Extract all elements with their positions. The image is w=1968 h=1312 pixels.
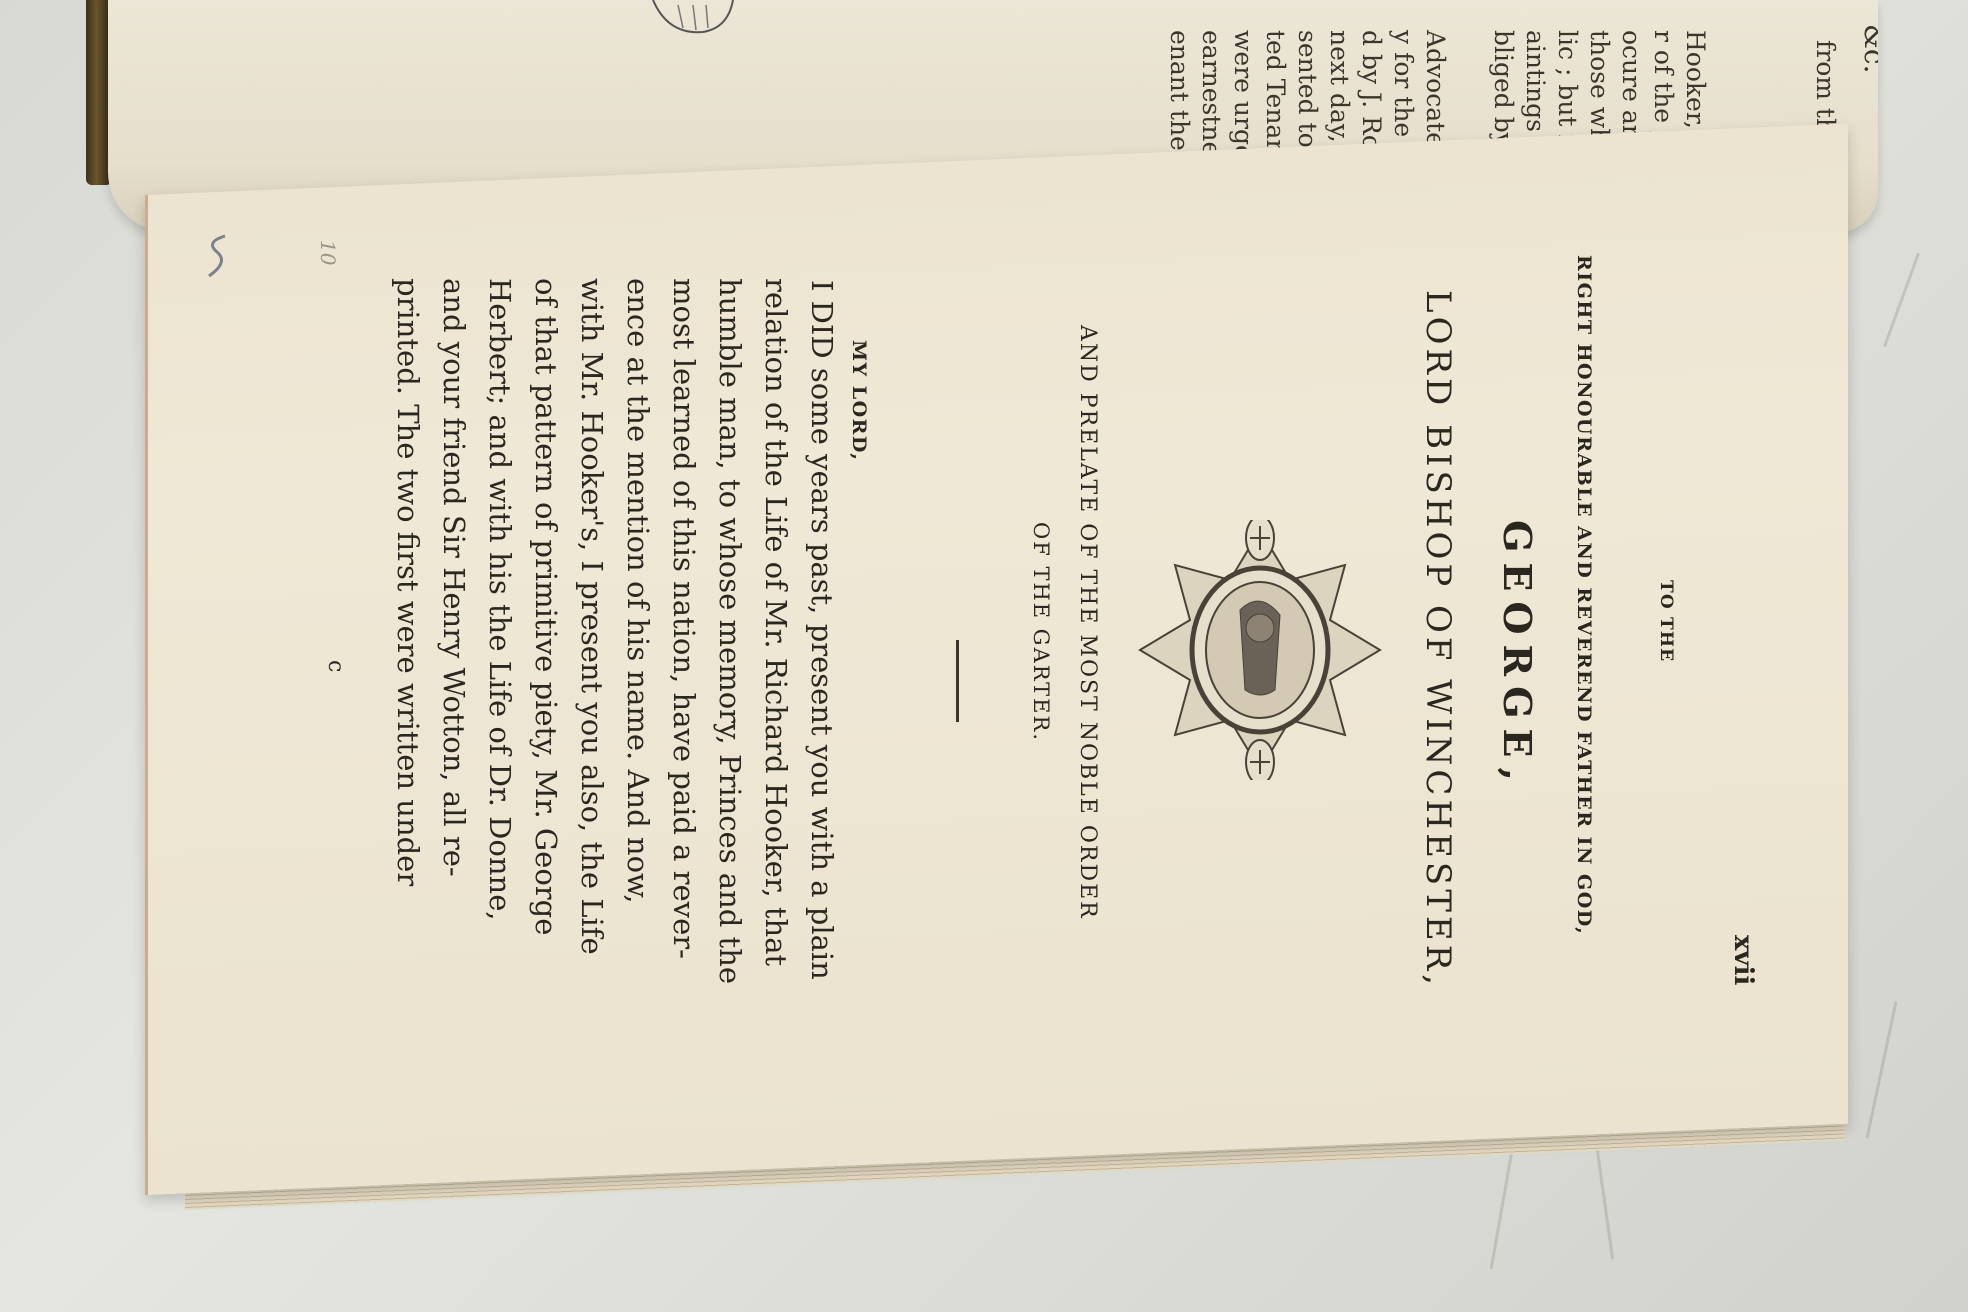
body-line: relation of the Life of Mr. Richard Hook… <box>761 278 790 966</box>
body-line: and your friend Sir Henry Wotton, all re… <box>439 278 468 877</box>
pencil-mark-icon <box>195 232 235 282</box>
body-line: most learned of this nation, have paid a… <box>669 278 698 959</box>
background-streak <box>1865 1001 1897 1139</box>
heading-to-the: TO THE <box>1656 580 1676 662</box>
salutation: MY LORD, <box>848 340 870 461</box>
body-line: ence at the mention of his name. And now… <box>623 278 652 904</box>
divider-rule <box>956 640 959 722</box>
signature-mark: c <box>323 660 348 672</box>
heading-line-prelate: AND PRELATE OF THE MOST NOBLE ORDER <box>1075 325 1100 920</box>
text-line: &c. <box>1860 24 1878 74</box>
page-number: xvii <box>1728 935 1758 985</box>
body-line: I DID some years past, present you with … <box>807 280 836 980</box>
garter-badge-icon <box>1130 520 1390 780</box>
body-line: of that pattern of primitive piety, Mr. … <box>531 278 560 935</box>
heading-line-garter: OF THE GARTER. <box>1029 522 1053 742</box>
body-line: with Mr. Hooker's, I present you also, t… <box>577 278 606 955</box>
body-line: Herbert; and with his the Life of Dr. Do… <box>485 278 514 921</box>
body-line: humble man, to whose memory, Princes and… <box>715 278 744 984</box>
pencil-number: 10 <box>316 240 340 265</box>
heading-name: GEORGE, <box>1495 520 1540 791</box>
heading-title: LORD BISHOP OF WINCHESTER, <box>1418 290 1458 989</box>
body-line: printed. The two first were written unde… <box>393 278 422 886</box>
heading-line-right-honourable: RIGHT HONOURABLE AND REVEREND FATHER IN … <box>1573 255 1595 935</box>
background-streak <box>1490 1151 1514 1270</box>
background-streak <box>1883 253 1920 348</box>
partial-engraving <box>648 0 738 40</box>
